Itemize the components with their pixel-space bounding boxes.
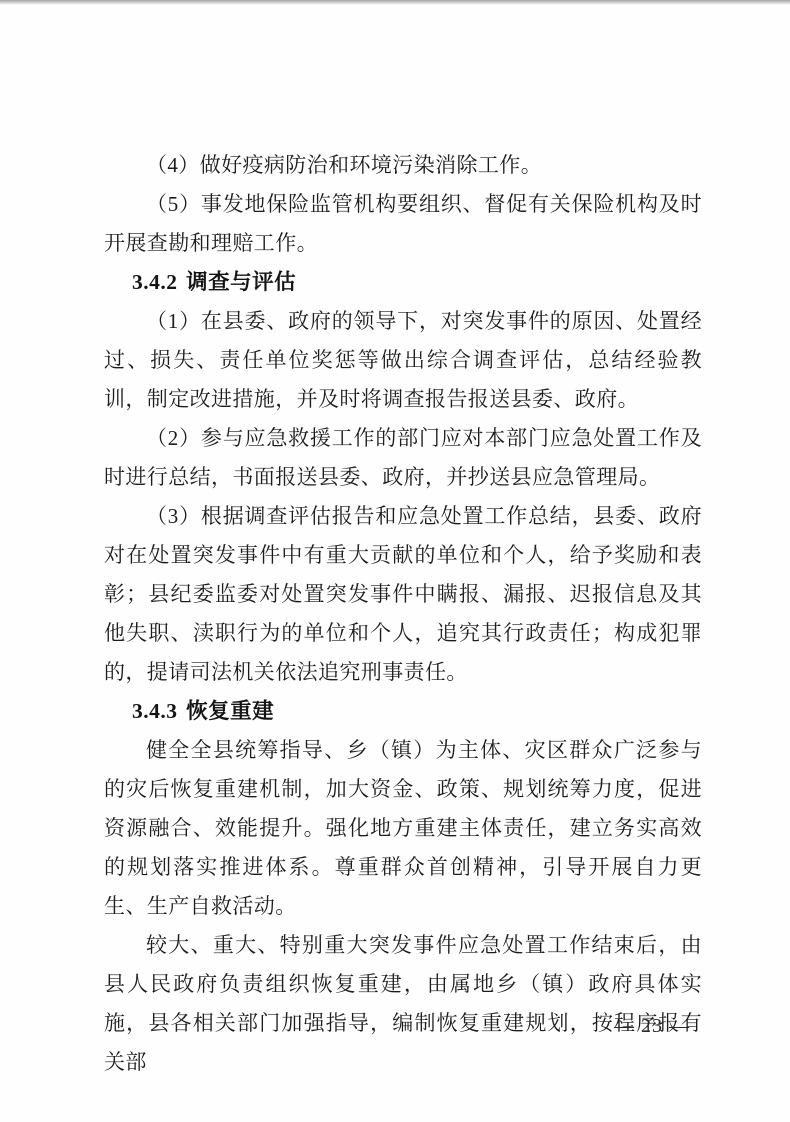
scan-edge-shadow: [0, 0, 790, 5]
section-heading-3-4-2: 3.4.2调查与评估: [104, 263, 702, 302]
section-title: 恢复重建: [186, 699, 274, 723]
section-heading-3-4-3: 3.4.3恢复重建: [104, 692, 702, 731]
paragraph-item-3: （3）根据调查评估报告和应急处置工作总结，县委、政府对在处置突发事件中有重大贡献…: [104, 497, 702, 692]
paragraph-item-5: （5）事发地保险监管机构要组织、督促有关保险机构及时开展查勘和理赔工作。: [104, 185, 702, 263]
paragraph-recovery-mechanism: 健全全县统筹指导、乡（镇）为主体、灾区群众广泛参与的灾后恢复重建机制，加大资金、…: [104, 731, 702, 926]
paragraph-recovery-implementation: 较大、重大、特别重大突发事件应急处置工作结束后，由县人民政府负责组织恢复重建，由…: [104, 926, 702, 1082]
section-number: 3.4.2: [132, 270, 178, 294]
paragraph-item-2: （2）参与应急救援工作的部门应对本部门应急处置工作及时进行总结，书面报送县委、政…: [104, 419, 702, 497]
section-title: 调查与评估: [186, 270, 296, 294]
paragraph-item-1: （1）在县委、政府的领导下，对突发事件的原因、处置经过、损失、责任单位奖惩等做出…: [104, 302, 702, 419]
page-number: — 23 —: [614, 1014, 690, 1038]
paragraph-item-4: （4）做好疫病防治和环境污染消除工作。: [104, 146, 702, 185]
document-page: （4）做好疫病防治和环境污染消除工作。 （5）事发地保险监管机构要组织、督促有关…: [0, 0, 790, 1122]
document-body: （4）做好疫病防治和环境污染消除工作。 （5）事发地保险监管机构要组织、督促有关…: [104, 146, 702, 1082]
section-number: 3.4.3: [132, 699, 178, 723]
